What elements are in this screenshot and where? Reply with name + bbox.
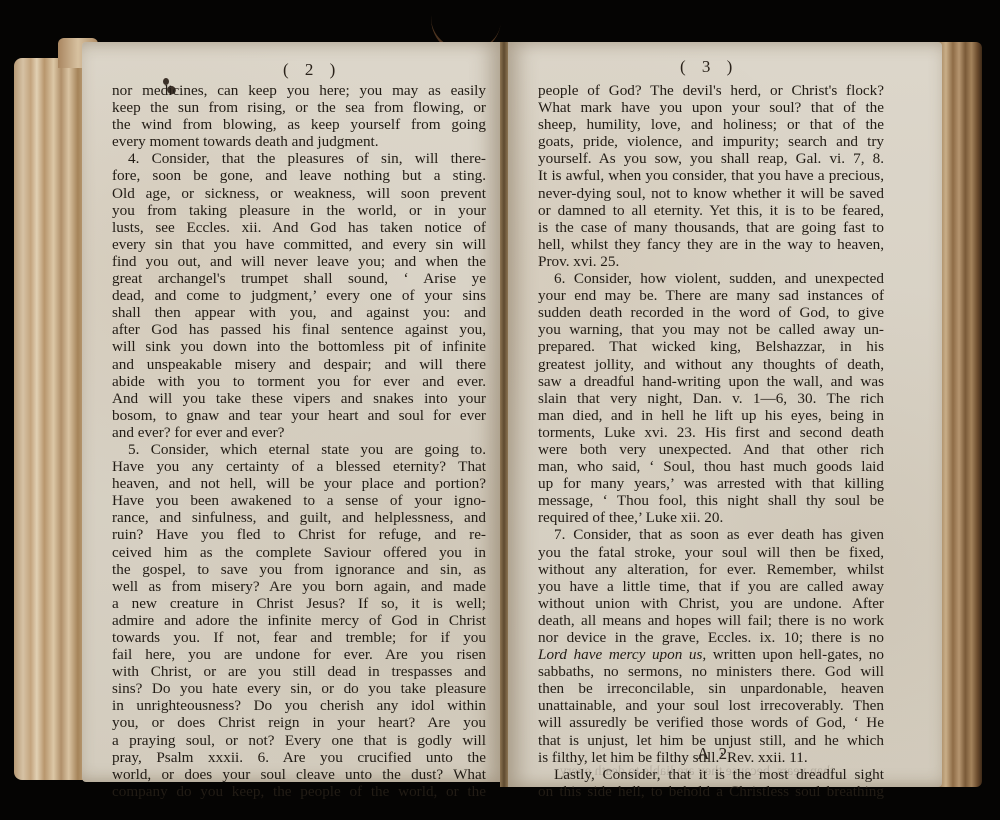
text-line: man died, and in hell he lift up his eye… [538,407,884,424]
text-line: unattainable, and your soul lost irrecov… [538,697,884,714]
text-line: message, ‘ Thou fool, this night shall t… [538,492,884,509]
text-line: then be irreconcilable, sin unpardonable… [538,680,884,697]
text-line: you warning, that you may not be called … [538,321,884,338]
text-line: rance, and sinfulness, and guilt, and he… [112,509,486,526]
right-page-stack-edge [938,42,982,787]
text-line: shall then appear with you, and against … [112,304,486,321]
text-line: every sin that you have committed, and e… [112,236,486,253]
text-line: fail here, you are undone for ever. Are … [112,646,486,663]
text-line: 6. Consider, how violent, sudden, and un… [538,270,884,287]
left-page-number: ( 2 ) [283,60,341,80]
text-line: you have a little time, that if you are … [538,578,884,595]
text-line: never-dying soul, not to know whether it… [538,185,884,202]
text-line: in unrighteousness? Do you cherish any i… [112,697,486,714]
text-line: What mark have you upon your soul? that … [538,99,884,116]
text-line: It is awful, when you consider, that you… [538,167,884,184]
text-line: great archangel's trumpet shall sound, ‘… [112,270,486,287]
bleed-through-text: than years, because they are liable to d… [560,764,834,780]
text-line: well as from misery? Are you born again,… [112,578,486,595]
text-line: or damned to all eternity. Yet this, it … [538,202,884,219]
text-line: sheep, humility, love, and holiness; or … [538,116,884,133]
text-line: greatest jollity, and without any though… [538,356,884,373]
text-line: the wind from blowing, as keep yourself … [112,116,486,133]
text-line: prepared. That wicked king, Belshazzar, … [538,338,884,355]
right-page-number: ( 3 ) [680,57,738,77]
text-line: company do you keep, the people of the w… [112,783,486,800]
text-line: ceived him as the complete Saviour offer… [112,544,486,561]
text-line: fore, soon be gone, and leave nothing bu… [112,167,486,184]
text-line: 5. Consider, which eternal state you are… [112,441,486,458]
text-line: Prov. xvi. 25. [538,253,884,270]
left-page-text: nor medicines, can keep you here; you ma… [112,82,486,800]
text-line: heaven, and not hell, will be your place… [112,475,486,492]
text-line: bosom, to gnaw and tear your heart and s… [112,407,486,424]
text-line: lusts, see Eccles. xii. And God has take… [112,219,486,236]
text-line: a new creature in Christ Jesus? If so, i… [112,595,486,612]
text-line: 4. Consider, that the pleasures of sin, … [112,150,486,167]
text-line: will assuredly be verified those words o… [538,714,884,731]
text-line: up for many years,’ was arrested with th… [538,475,884,492]
text-line: people of God? The devil's herd, or Chri… [538,82,884,99]
text-line: without any alteration, for ever. Rememb… [538,561,884,578]
text-line: the gospel, to save you from ignorance a… [112,561,486,578]
text-line: nor medicines, can keep you here; you ma… [112,82,486,99]
text-line: without union with Christ, you are undon… [538,595,884,612]
text-fragment: written upon hell-gates, no [706,646,884,663]
text-line: sabbaths, no sermons, no ministers there… [538,663,884,680]
text-line: yourself. As you sow, you shall reap, Ga… [538,150,884,167]
text-line: admire and adore the infinite mercy of G… [112,612,486,629]
text-line: And will you take these vipers and snake… [112,390,486,407]
text-line: keep the sun from rising, or the sea fro… [112,99,486,116]
text-line: after God has passed his final sentence … [112,321,486,338]
text-line: will sink you down into the bottomless p… [112,338,486,355]
text-line: required of thee,’ Luke xii. 20. [538,509,884,526]
text-line: world, or does your soul cleave unto the… [112,766,486,783]
text-line: on this side hell, to behold a Christles… [538,783,884,800]
text-line: is the case of many thousands, that are … [538,219,884,236]
text-line: nor device in the grave, Eccles. ix. 10;… [538,629,884,646]
text-line: dead, and come to judgment,’ every one o… [112,287,486,304]
text-line: a praying soul, or not? Every one that i… [112,732,486,749]
text-line: saw a dreadful hand-writing upon the wal… [538,373,884,390]
text-line: you the fatal stroke, your soul will the… [538,544,884,561]
text-line: death, all means and hopes will fail; th… [538,612,884,629]
text-line: goats, pride, violence, and impurity; se… [538,133,884,150]
text-line: sudden death recorded in the word of God… [538,304,884,321]
text-line: Have you any certainty of a blessed eter… [112,458,486,475]
text-line: Have you been awakened to a sense of you… [112,492,486,509]
left-page-stack-edge [14,58,90,780]
text-line: find you out, and will never leave you; … [112,253,486,270]
text-line: abide with you to torment you for ever a… [112,373,486,390]
book-gutter [500,42,508,787]
text-line: Old age, or sickness, or weakness, will … [112,185,486,202]
text-line: pray, Psalm xxxii. 6. Are you crucified … [112,749,486,766]
text-line: sins? Do you hate every sin, or do you t… [112,680,486,697]
text-line: with Christ, or are you still dead in tr… [112,663,486,680]
right-page-text: people of God? The devil's herd, or Chri… [538,82,884,800]
text-line: torments, Luke xvi. 23. His first and se… [538,424,884,441]
text-line: 7. Consider, that as soon as ever death … [538,526,884,543]
text-line: were both very unexpected. And that othe… [538,441,884,458]
text-line: you from taking pleasure in the world, o… [112,202,486,219]
text-line: you, or does Christ reign in your heart?… [112,714,486,731]
text-line: hell, whilst they fancy they are in the … [538,236,884,253]
italic-phrase: Lord have mercy upon us, [538,646,706,663]
text-line: slain that very night, Dan. v. 1—6, 30. … [538,390,884,407]
text-line: man, who said, ‘ Soul, thou hast much go… [538,458,884,475]
signature-mark: A 2 [697,744,730,764]
text-line: towards you. If not, fear and tremble; f… [112,629,486,646]
text-line: and ever? for ever and ever? [112,424,486,441]
text-line: every moment towards death and judgment. [112,133,486,150]
text-line: Lord have mercy upon us, written upon he… [538,646,884,663]
text-line: your end may be. There are many sad inst… [538,287,884,304]
text-line: and unspeakable misery and despair; and … [112,356,486,373]
text-line: ruin? Have you fled to Christ for refuge… [112,526,486,543]
open-book: ( 2 ) ( 3 ) nor medicines, can keep you … [0,0,1000,820]
